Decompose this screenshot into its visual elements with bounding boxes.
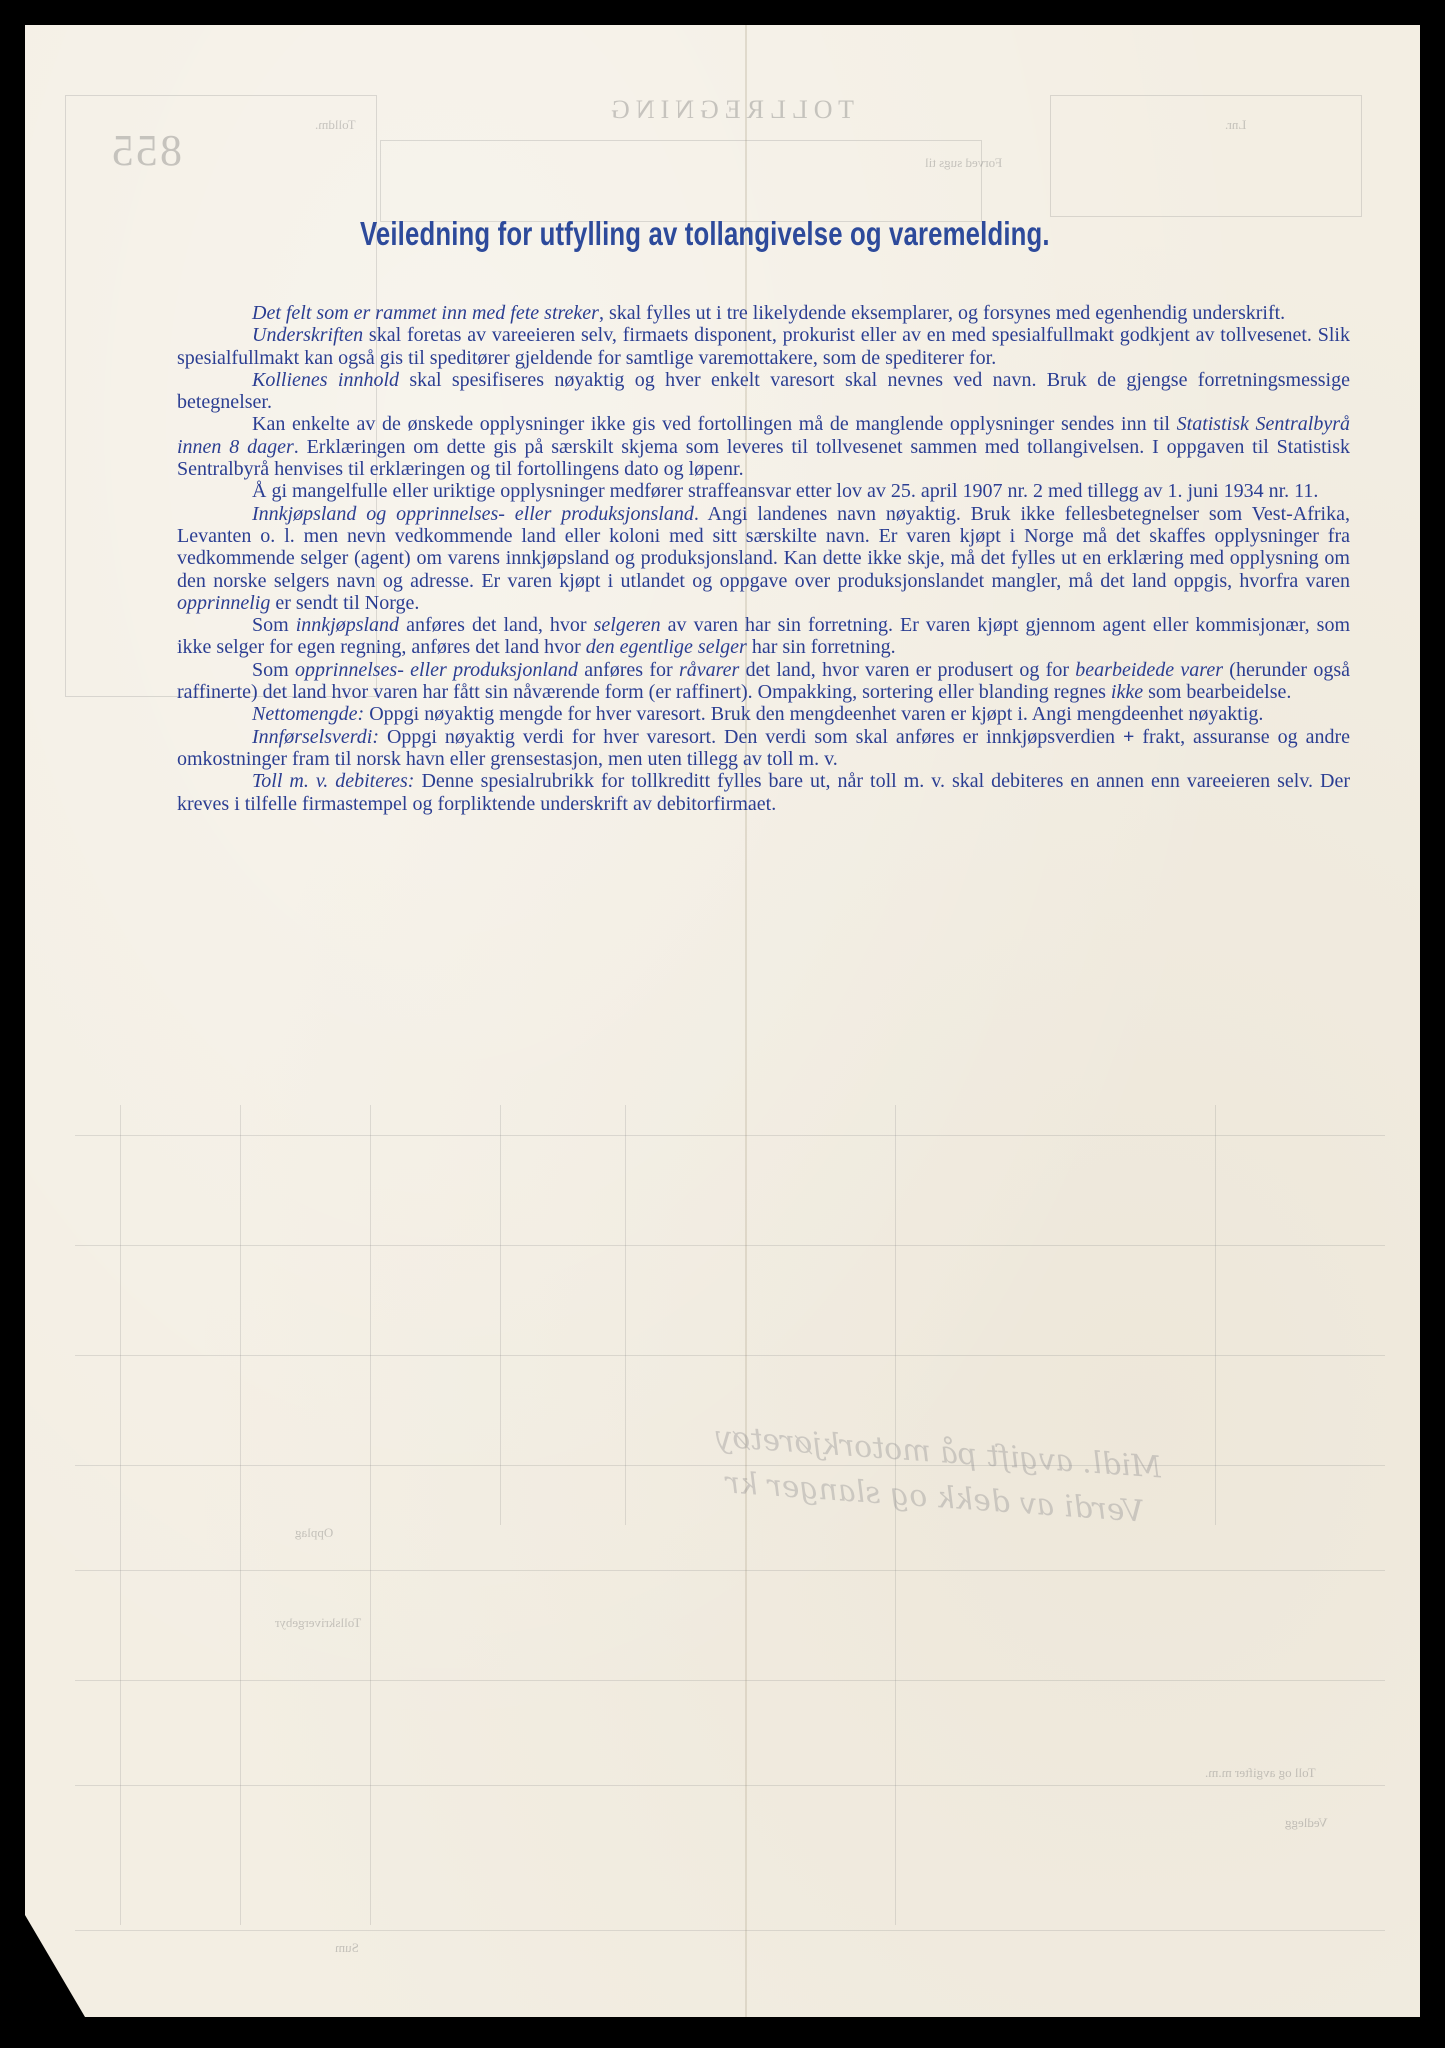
para-net-quantity: Nettomengde: Oppgi nøyaktig mengde for h…	[177, 703, 1350, 725]
term-debit: Toll m. v. debiteres:	[252, 770, 414, 792]
para-text: som bearbeidelse.	[1143, 681, 1291, 703]
para-text: er sendt til Norge.	[270, 592, 419, 614]
plus-sign: +	[1123, 726, 1134, 748]
ghost-rule	[75, 1570, 1385, 1571]
para-text: , skal fylles ut i tre likelydende eksem…	[599, 302, 1285, 324]
ghost-col	[500, 1105, 501, 1525]
term-origin-country: opprinnelses- eller produksjonland	[295, 659, 578, 681]
ghost-label-vedlegg: Vedlegg	[1285, 1815, 1328, 1831]
term-seller: selgeren	[594, 614, 661, 636]
term-purchase-country: innkjøpsland	[296, 614, 399, 636]
ghost-heading: TOLLREGNING	[605, 95, 854, 125]
ghost-col	[370, 1105, 371, 1925]
term-raw-goods: råvarer	[679, 659, 739, 681]
ghost-label-sum: Sum	[335, 1940, 359, 1956]
ghost-rule	[75, 1680, 1385, 1681]
ghost-label-lnr: Lnr.	[1225, 117, 1246, 133]
page-title: Veiledning for utfylling av tollangivels…	[360, 215, 1050, 253]
ghost-col	[120, 1105, 121, 1925]
term-framed-field: Det felt som er rammet inn med fete stre…	[252, 302, 599, 324]
para-text: Oppgi nøyaktig verdi for hver varesort. …	[379, 726, 1123, 748]
para-text: Som	[252, 614, 296, 636]
ghost-col	[895, 1105, 896, 1925]
ghost-label-forved: Forved sugs til	[925, 155, 1002, 171]
term-originally: opprinnelig	[177, 592, 270, 614]
term-countries: Innkjøpsland og opprinnelses- eller prod…	[252, 503, 694, 525]
ghost-label-gebyr: Tollskrivergebyr	[275, 1615, 361, 1631]
para-text: Oppgi nøyaktig mengde for hver varesort.…	[364, 703, 1263, 725]
ghost-col	[1215, 1105, 1216, 1525]
ghost-col	[625, 1105, 626, 1525]
term-not: ikke	[1111, 681, 1143, 703]
para-text: Som	[252, 659, 295, 681]
ghost-rule	[75, 1785, 1385, 1786]
para-contents: Kollienes innhold skal spesifiseres nøya…	[177, 369, 1350, 414]
para-text: Å gi mangelfulle eller uriktige opplysni…	[252, 480, 1318, 502]
para-text: anføres for	[578, 659, 679, 681]
para-penalty: Å gi mangelfulle eller uriktige opplysni…	[177, 480, 1350, 502]
para-signature: Underskriften skal foretas av vareeieren…	[177, 324, 1350, 369]
document-sheet: 855 TOLLREGNING Tolldm. Lnr. Forved sugs…	[25, 25, 1420, 2017]
term-signature: Underskriften	[252, 324, 363, 346]
ghost-col	[240, 1105, 241, 1925]
ghost-label-toll: Toll og avgifter m.m.	[1205, 1765, 1316, 1781]
para-text: . Erklæringen om dette gis på særskilt s…	[177, 436, 1350, 480]
ghost-box-mid	[380, 140, 982, 222]
ghost-form-number: 855	[110, 125, 182, 176]
term-processed-goods: bearbeidede varer	[1075, 659, 1223, 681]
ghost-rule	[75, 1245, 1385, 1246]
para-origin-country: Som opprinnelses- eller produksjonland a…	[177, 659, 1350, 704]
para-text: anføres det land, hvor	[399, 614, 594, 636]
term-actual-seller: den egentlige selger	[586, 636, 747, 658]
ghost-box-right	[1050, 95, 1362, 217]
ghost-label-tolldm: Tolldm.	[315, 117, 356, 133]
para-purchase-country: Som innkjøpsland anføres det land, hvor …	[177, 614, 1350, 659]
instruction-body: Det felt som er rammet inn med fete stre…	[177, 302, 1350, 815]
para-debit: Toll m. v. debiteres: Denne spesialrubri…	[177, 770, 1350, 815]
para-countries: Innkjøpsland og opprinnelses- eller prod…	[177, 503, 1350, 614]
term-contents: Kollienes innhold	[252, 369, 399, 391]
ghost-label-opplag: Opplag	[295, 1525, 333, 1541]
para-import-value: Innførselsverdi: Oppgi nøyaktig verdi fo…	[177, 726, 1350, 771]
para-text: det land, hvor varen er produsert og for	[739, 659, 1075, 681]
para-text: har sin forretning.	[747, 636, 896, 658]
ghost-rule	[75, 1135, 1385, 1136]
ghost-rule	[75, 1930, 1385, 1931]
ghost-rule	[75, 1355, 1385, 1356]
term-net-quantity: Nettomengde:	[252, 703, 364, 725]
para-text: Kan enkelte av de ønskede opplysninger i…	[252, 413, 1177, 435]
term-import-value: Innførselsverdi:	[252, 726, 379, 748]
para-fields: Det felt som er rammet inn med fete stre…	[177, 302, 1350, 324]
para-missing-info: Kan enkelte av de ønskede opplysninger i…	[177, 413, 1350, 480]
